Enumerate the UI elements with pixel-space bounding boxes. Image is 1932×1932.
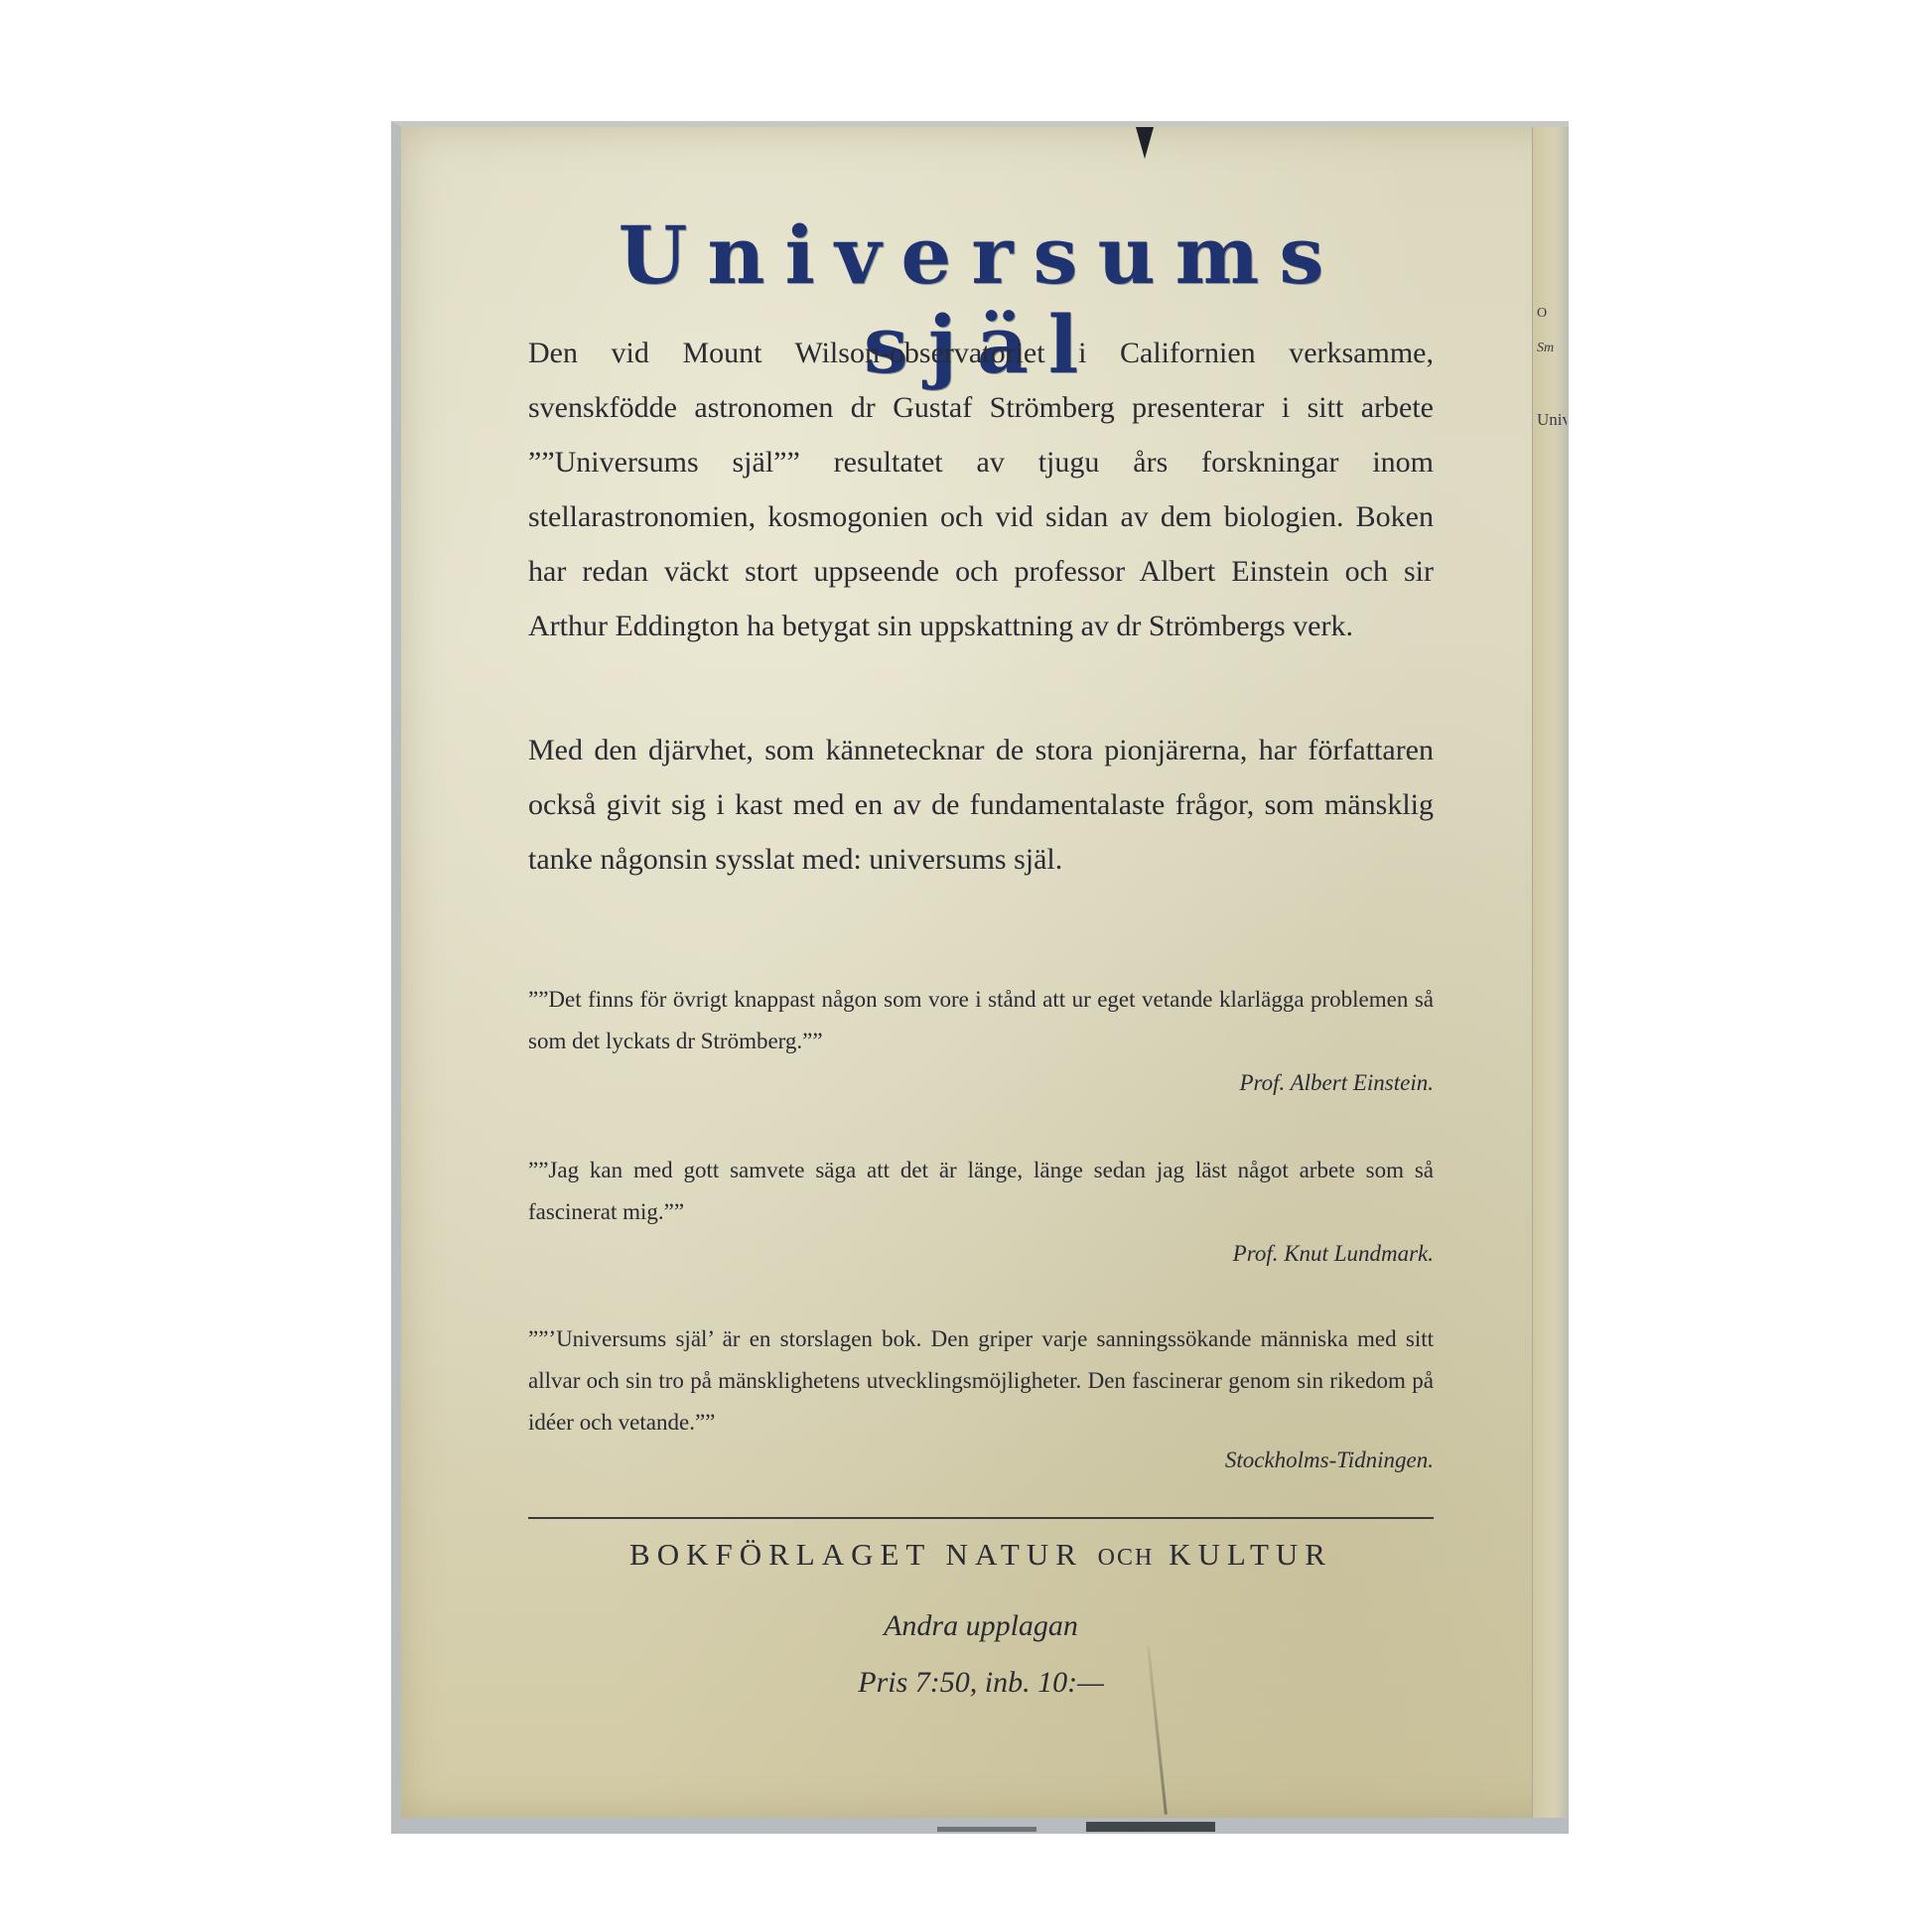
spine-text-fragment: O [1537,306,1567,322]
spine-text-fragment: Sm [1537,341,1567,356]
price-note: Pris 7:50, inb. 10:— [528,1666,1434,1700]
spine-title-fragment: Univ [1537,410,1567,430]
wear-mark [937,1827,1036,1832]
description-paragraph: Med den djärvhet, som kännetecknar de st… [528,723,1434,887]
publisher-name: BOKFÖRLAGET NATUR OCH KULTUR [528,1537,1434,1573]
book-back-cover: O Sm Univ Universums själ Den vid Mount … [391,121,1569,1834]
torn-edge-mark [1136,127,1154,159]
book-spine: O Sm Univ [1532,127,1569,1818]
publisher-part: OCH [1098,1545,1155,1571]
review-quote: ””Det finns för övrigt knappast någon so… [528,979,1434,1062]
wear-mark [1086,1822,1215,1832]
review-quote: ””Jag kan med gott samvete säga att det … [528,1150,1434,1233]
publisher-part: KULTUR [1169,1537,1332,1572]
quote-attribution: Stockholms-Tidningen. [1225,1448,1434,1473]
publisher-part: BOKFÖRLAGET NATUR [629,1537,1083,1572]
review-quote: ””’Universums själ’ är en storslagen bok… [528,1318,1434,1444]
divider-rule [528,1517,1434,1519]
edition-note: Andra upplagan [528,1609,1434,1643]
description-paragraph: Den vid Mount Wilson-observatoriet i Cal… [528,326,1434,653]
quote-attribution: Prof. Knut Lundmark. [1233,1241,1434,1267]
quote-attribution: Prof. Albert Einstein. [1240,1070,1435,1096]
